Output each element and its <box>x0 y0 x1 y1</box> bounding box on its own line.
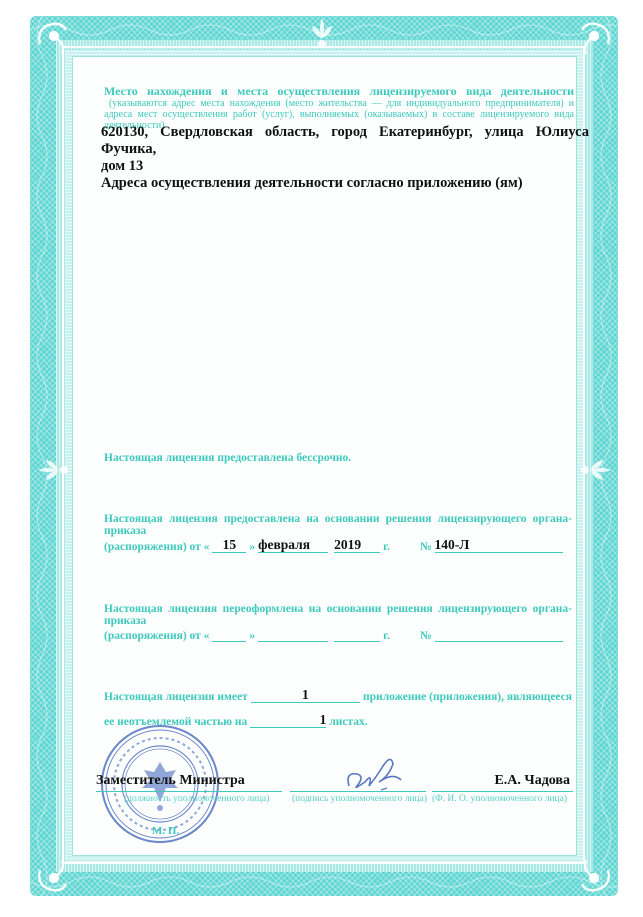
stamp-placeholder-label: М. П. <box>152 825 179 837</box>
granted-year-suffix: г. <box>383 541 390 553</box>
granted-number-label: № <box>420 541 432 553</box>
position-field: Заместитель Министра <box>96 771 282 792</box>
appendix-text-after: приложение (приложения), являющееся <box>363 691 572 703</box>
fleur-de-lis-icon <box>577 458 613 482</box>
corner-bow-icon <box>572 856 616 900</box>
granted-prefix: (распоряжения) от « <box>104 541 209 553</box>
reissued-quote-close: » <box>249 630 255 642</box>
name-caption: (Ф. И. О. уполномоченного лица) <box>432 794 567 804</box>
reissued-year <box>334 627 380 642</box>
granted-statement: Настоящая лицензия предоставлена на осно… <box>104 513 572 537</box>
appendix-count: 1 <box>251 688 360 703</box>
corner-bow-icon <box>572 14 616 58</box>
reissued-prefix: (распоряжения) от « <box>104 630 209 642</box>
signer-name: Е.А. Чадова <box>494 773 570 789</box>
reissued-year-suffix: г. <box>383 630 390 642</box>
granted-quote-close: » <box>249 541 255 553</box>
position-caption: (должность уполномоченного лица) <box>124 794 269 804</box>
reissued-number-label: № <box>420 630 432 642</box>
reissued-statement: Настоящая лицензия переоформлена на осно… <box>104 603 572 627</box>
granted-year: 2019 <box>334 538 380 553</box>
address-line-1: 620130, Свердловская область, город Екат… <box>101 124 589 158</box>
address-line-3: Адреса осуществления деятельности соглас… <box>101 175 589 192</box>
appendix-sheets: 1 <box>250 713 326 728</box>
address-block: 620130, Свердловская область, город Екат… <box>101 124 589 192</box>
granted-month: февраля <box>258 538 328 553</box>
corner-bow-icon <box>32 856 76 900</box>
address-line-2: дом 13 <box>101 158 589 175</box>
appendix-line2-after: листах. <box>329 716 367 728</box>
signature-row: Заместитель Министра (должность уполномо… <box>96 771 573 807</box>
signature-field <box>290 771 426 792</box>
granted-number: 140-Л <box>435 538 563 553</box>
name-field: Е.А. Чадова <box>432 771 573 792</box>
fleur-de-lis-icon <box>36 458 72 482</box>
appendix-line-1: Настоящая лицензия имеет 1 приложение (п… <box>104 688 572 703</box>
reissued-details: (распоряжения) от « » г. № <box>104 627 572 642</box>
address-heading-title: Место нахождения и места осуществления л… <box>104 84 574 98</box>
reissued-month <box>258 627 328 642</box>
validity-statement: Настоящая лицензия предоставлена бессроч… <box>104 452 572 464</box>
granted-details: (распоряжения) от « 15 » февраля 2019 г.… <box>104 538 572 553</box>
fleur-de-lis-icon <box>310 16 334 52</box>
corner-bow-icon <box>32 14 76 58</box>
appendix-text-before: Настоящая лицензия имеет <box>104 691 248 703</box>
signature-caption: (подпись уполномоченного лица) <box>292 794 427 804</box>
reissued-number <box>435 627 563 642</box>
reissued-day <box>212 627 246 642</box>
signer-position: Заместитель Министра <box>96 773 245 789</box>
granted-day: 15 <box>212 538 246 553</box>
